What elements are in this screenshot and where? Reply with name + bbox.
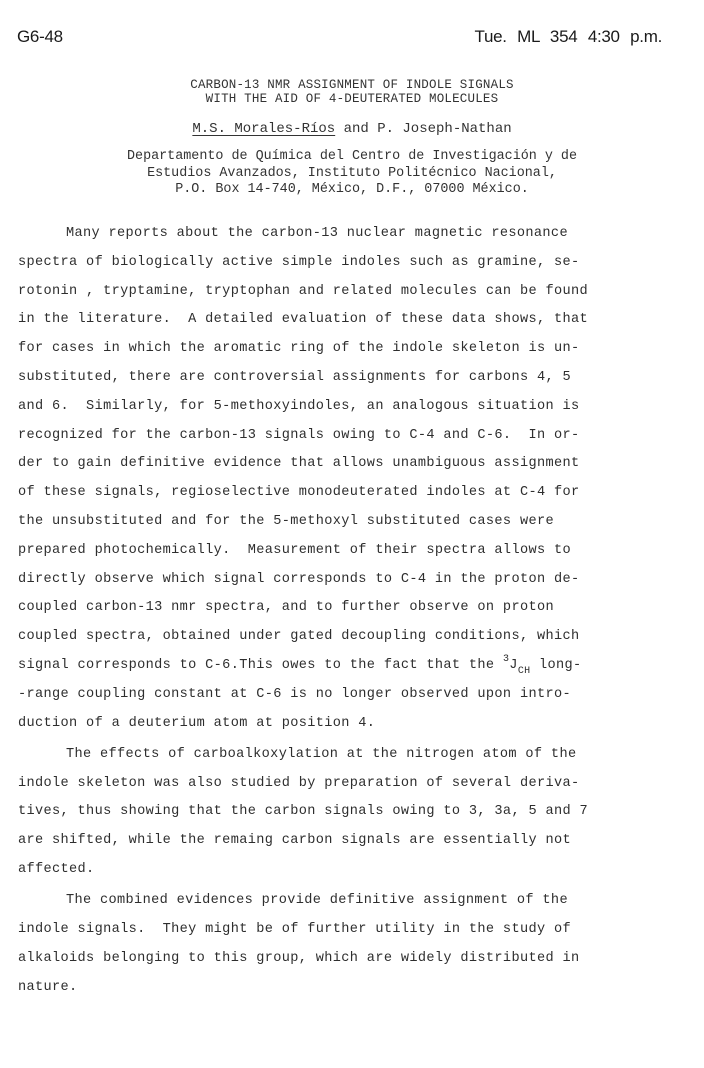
text-line: nature.: [18, 974, 678, 1003]
abstract-body: Many reports about the carbon-13 nuclear…: [18, 220, 678, 1003]
text-line: alkaloids belonging to this group, which…: [18, 945, 678, 974]
text-line: coupled carbon-13 nmr spectra, and to fu…: [18, 594, 678, 623]
text-line: coupled spectra, obtained under gated de…: [18, 623, 678, 652]
text-line: recognized for the carbon-13 signals owi…: [18, 422, 678, 451]
paragraph-3: The combined evidences provide definitiv…: [18, 887, 678, 1002]
text-line: der to gain definitive evidence that all…: [18, 450, 678, 479]
text-line: Many reports about the carbon-13 nuclear…: [18, 220, 678, 249]
text-line: rotonin , tryptamine, tryptophan and rel…: [18, 278, 678, 307]
text-fragment: long-: [531, 658, 582, 673]
paragraph-1: Many reports about the carbon-13 nuclear…: [18, 220, 678, 738]
text-line: of these signals, regioselective monodeu…: [18, 479, 678, 508]
title-line: CARBON-13 NMR ASSIGNMENT OF INDOLE SIGNA…: [0, 78, 704, 92]
affiliation-line: Estudios Avanzados, Instituto Politécnic…: [0, 166, 704, 183]
text-line: substituted, there are controversial ass…: [18, 364, 678, 393]
text-line: prepared photochemically. Measurement of…: [18, 537, 678, 566]
text-line: tives, thus showing that the carbon sign…: [18, 798, 678, 827]
superscript: 3: [503, 654, 509, 665]
text-line: The combined evidences provide definitiv…: [18, 887, 678, 916]
text-line: -range coupling constant at C-6 is no lo…: [18, 681, 678, 710]
text-line: duction of a deuterium atom at position …: [18, 710, 678, 739]
paragraph-2: The effects of carboalkoxylation at the …: [18, 741, 678, 885]
title-line: WITH THE AID OF 4-DEUTERATED MOLECULES: [0, 92, 704, 106]
affiliation-line: Departamento de Química del Centro de In…: [0, 149, 704, 166]
text-line: indole signals. They might be of further…: [18, 916, 678, 945]
text-line: directly observe which signal correspond…: [18, 566, 678, 595]
coauthor: P. Joseph-Nathan: [377, 121, 511, 137]
paper-title: CARBON-13 NMR ASSIGNMENT OF INDOLE SIGNA…: [0, 78, 704, 106]
text-line: affected.: [18, 856, 678, 885]
subscript: CH: [518, 666, 531, 677]
text-line: The effects of carboalkoxylation at the …: [18, 741, 678, 770]
text-line: and 6. Similarly, for 5-methoxyindoles, …: [18, 393, 678, 422]
text-line: in the literature. A detailed evaluation…: [18, 306, 678, 335]
session-info: Tue. ML 354 4:30 p.m.: [475, 27, 662, 47]
text-line: spectra of biologically active simple in…: [18, 249, 678, 278]
abstract-code: G6-48: [17, 27, 63, 47]
affiliation-line: P.O. Box 14-740, México, D.F., 07000 Méx…: [0, 182, 704, 199]
author-list: M.S. Morales-Ríos and P. Joseph-Nathan: [0, 121, 704, 137]
affiliation: Departamento de Química del Centro de In…: [0, 149, 704, 199]
text-line: for cases in which the aromatic ring of …: [18, 335, 678, 364]
text-line: indole skeleton was also studied by prep…: [18, 770, 678, 799]
coupling-symbol: J: [509, 658, 518, 673]
text-fragment: signal corresponds to C-6.This owes to t…: [18, 658, 503, 673]
text-line: are shifted, while the remaing carbon si…: [18, 827, 678, 856]
text-line-coupling-constant: signal corresponds to C-6.This owes to t…: [18, 652, 678, 681]
author-connector: and: [335, 121, 377, 137]
text-line: the unsubstituted and for the 5-methoxyl…: [18, 508, 678, 537]
presenting-author: M.S. Morales-Ríos: [192, 121, 335, 137]
